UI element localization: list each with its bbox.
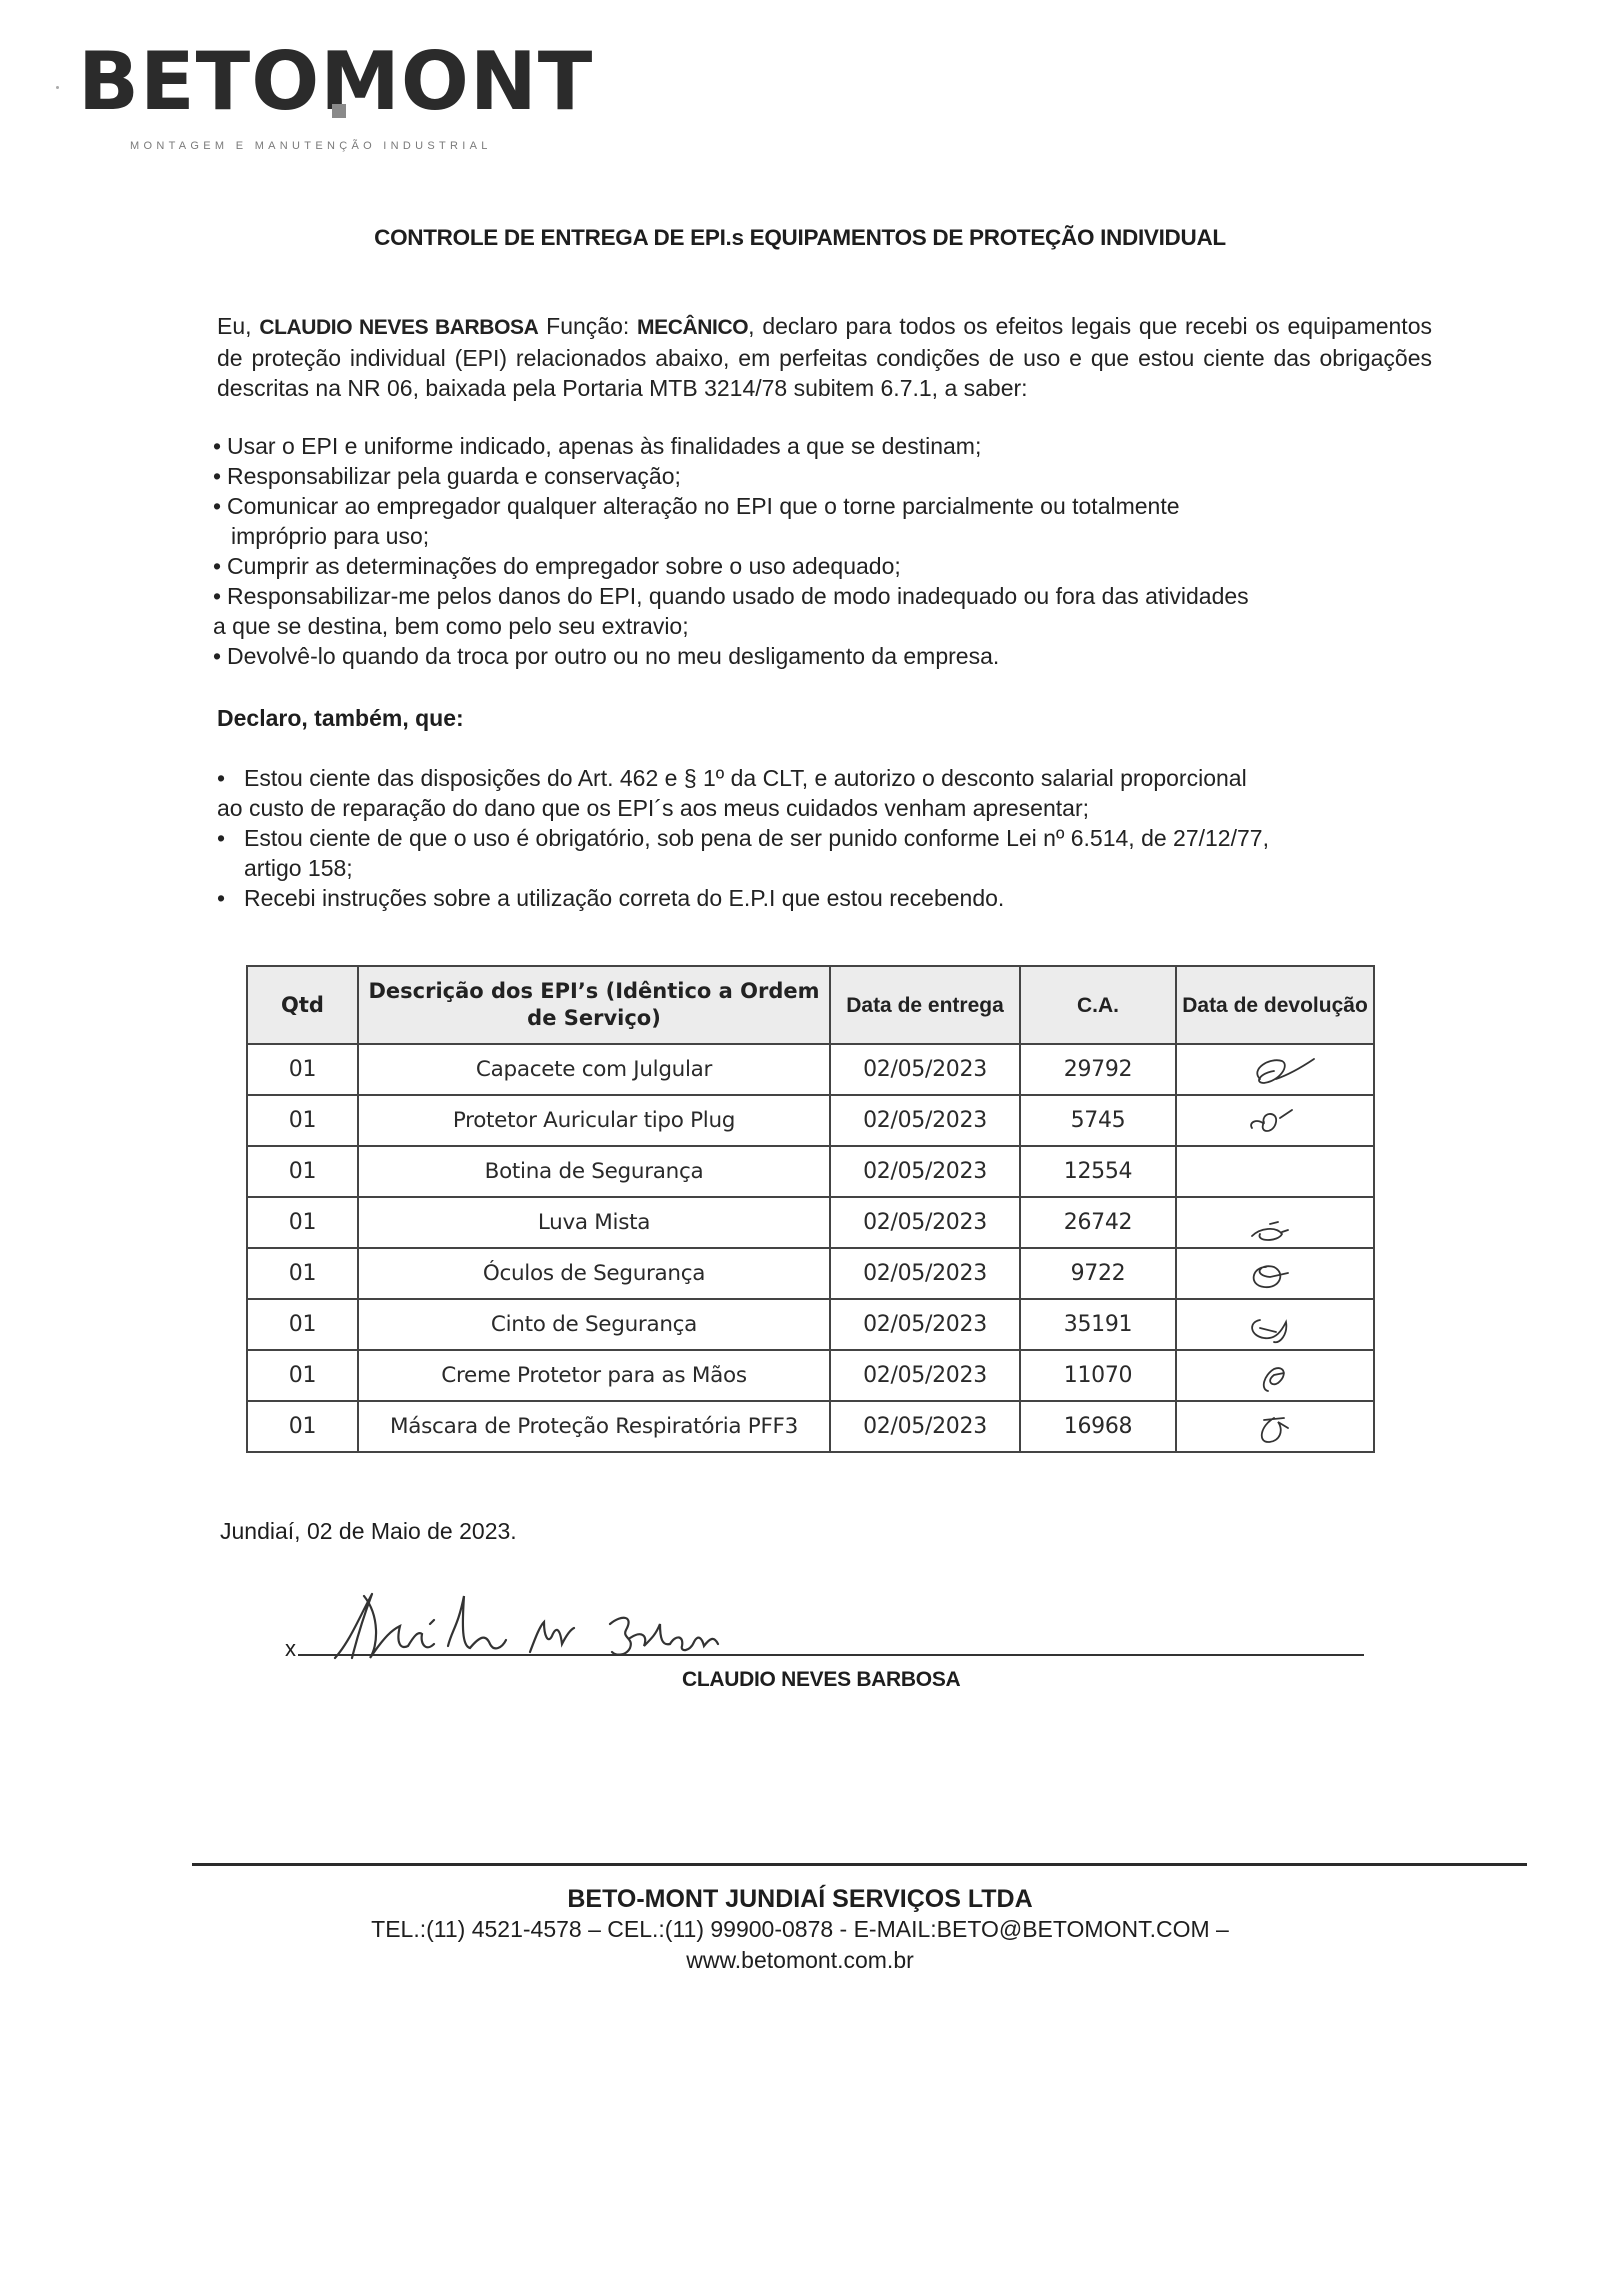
logo-square-icon (332, 104, 346, 118)
cell-ca: 29792 (1020, 1044, 1176, 1095)
declaration-list: •Estou ciente das disposições do Art. 46… (217, 763, 1437, 913)
bullet-icon: • (217, 763, 244, 793)
document-title: CONTROLE DE ENTREGA DE EPI.s EQUIPAMENTO… (0, 225, 1600, 251)
logo-wordmark: BETOMONT (78, 42, 593, 122)
footer-contact-info: TEL.:(11) 4521-4578 – CEL.:(11) 99900-08… (0, 1916, 1600, 1943)
cell-data-entrega: 02/05/2023 (830, 1146, 1020, 1197)
table-row: 01 Capacete com Julgular 02/05/2023 2979… (247, 1044, 1374, 1095)
cell-descricao: Botina de Segurança (358, 1146, 830, 1197)
employee-role: MECÂNICO (637, 316, 748, 339)
obligation-item: •Usar o EPI e uniforme indicado, apenas … (213, 431, 1433, 461)
initials-signature-icon (1230, 1355, 1320, 1397)
cell-qtd: 01 (247, 1248, 358, 1299)
initials-signature-icon (1230, 1406, 1320, 1448)
initials-signature-icon (1230, 1100, 1320, 1142)
footer-company-name: BETO-MONT JUNDIAÍ SERVIÇOS LTDA (0, 1885, 1600, 1914)
table-row: 01 Protetor Auricular tipo Plug 02/05/20… (247, 1095, 1374, 1146)
footer-website-link[interactable]: www.betomont.com.br (0, 1947, 1600, 1974)
signature-mark: x (285, 1636, 296, 1662)
table-row: 01 Óculos de Segurança 02/05/2023 9722 (247, 1248, 1374, 1299)
cell-descricao: Luva Mista (358, 1197, 830, 1248)
initials-signature-icon (1230, 1304, 1320, 1346)
obligations-list: •Usar o EPI e uniforme indicado, apenas … (213, 431, 1433, 671)
header-descricao: Descrição dos EPI’s (Idêntico a Ordem de… (358, 966, 830, 1044)
table-header-row: Qtd Descrição dos EPI’s (Idêntico a Orde… (247, 966, 1374, 1044)
bullet-icon: • (213, 641, 227, 671)
bullet-icon: • (217, 883, 244, 913)
intro-paragraph: Eu, CLAUDIO NEVES BARBOSA Função: MECÂNI… (217, 311, 1432, 403)
obligation-item: •Cumprir as determinações do empregador … (213, 551, 1433, 581)
epi-delivery-table: Qtd Descrição dos EPI’s (Idêntico a Orde… (246, 965, 1375, 1453)
obligation-item: •Responsabilizar pela guarda e conservaç… (213, 461, 1433, 491)
initials-signature-icon (1230, 1253, 1320, 1295)
cell-devolucao (1176, 1095, 1374, 1146)
cell-devolucao (1176, 1044, 1374, 1095)
table-row: 01 Creme Protetor para as Mãos 02/05/202… (247, 1350, 1374, 1401)
header-ca: C.A. (1020, 966, 1176, 1044)
table-row: 01 Luva Mista 02/05/2023 26742 (247, 1197, 1374, 1248)
declaration-item: •Recebi instruções sobre a utilização co… (217, 883, 1437, 913)
footer-divider (192, 1863, 1527, 1866)
company-logo: BETOMONT MONTAGEM E MANUTENÇÃO INDUSTRIA… (78, 42, 593, 152)
initials-signature-icon (1230, 1049, 1320, 1091)
cell-qtd: 01 (247, 1146, 358, 1197)
cell-devolucao (1176, 1197, 1374, 1248)
obligation-item-continuation: a que se destina, bem como pelo seu extr… (213, 611, 1433, 641)
cell-descricao: Capacete com Julgular (358, 1044, 830, 1095)
bullet-icon: • (213, 461, 227, 491)
header-data-devolucao: Data de devolução (1176, 966, 1374, 1044)
cell-data-entrega: 02/05/2023 (830, 1197, 1020, 1248)
cell-ca: 12554 (1020, 1146, 1176, 1197)
cell-data-entrega: 02/05/2023 (830, 1044, 1020, 1095)
signature-line (298, 1654, 1364, 1656)
bullet-icon: • (213, 431, 227, 461)
cell-devolucao (1176, 1401, 1374, 1452)
cell-descricao: Cinto de Segurança (358, 1299, 830, 1350)
cell-ca: 11070 (1020, 1350, 1176, 1401)
cell-ca: 35191 (1020, 1299, 1176, 1350)
cell-devolucao (1176, 1350, 1374, 1401)
bullet-icon: • (213, 581, 227, 611)
cell-qtd: 01 (247, 1299, 358, 1350)
intro-prefix: Eu, (217, 313, 259, 339)
cell-devolucao (1176, 1299, 1374, 1350)
cell-devolucao (1176, 1146, 1374, 1197)
cell-ca: 16968 (1020, 1401, 1176, 1452)
cell-devolucao (1176, 1248, 1374, 1299)
cell-qtd: 01 (247, 1044, 358, 1095)
logo-tagline: MONTAGEM E MANUTENÇÃO INDUSTRIAL (130, 140, 593, 152)
obligation-item: •Comunicar ao empregador qualquer altera… (213, 491, 1433, 521)
cell-data-entrega: 02/05/2023 (830, 1350, 1020, 1401)
declaration-item-continuation: ao custo de reparação do dano que os EPI… (217, 793, 1437, 823)
cell-descricao: Óculos de Segurança (358, 1248, 830, 1299)
bullet-icon: • (217, 823, 244, 853)
table-row: 01 Máscara de Proteção Respiratória PFF3… (247, 1401, 1374, 1452)
header-qtd: Qtd (247, 966, 358, 1044)
cell-descricao: Protetor Auricular tipo Plug (358, 1095, 830, 1146)
bullet-icon: • (213, 491, 227, 521)
obligation-item-continuation: impróprio para uso; (213, 521, 1433, 551)
cell-data-entrega: 02/05/2023 (830, 1401, 1020, 1452)
cell-data-entrega: 02/05/2023 (830, 1248, 1020, 1299)
cell-qtd: 01 (247, 1197, 358, 1248)
cell-qtd: 01 (247, 1401, 358, 1452)
table-row: 01 Botina de Segurança 02/05/2023 12554 (247, 1146, 1374, 1197)
initials-signature-icon (1230, 1202, 1320, 1244)
cell-descricao: Máscara de Proteção Respiratória PFF3 (358, 1401, 830, 1452)
table-row: 01 Cinto de Segurança 02/05/2023 35191 (247, 1299, 1374, 1350)
bullet-icon: • (213, 551, 227, 581)
signer-name: CLAUDIO NEVES BARBOSA (682, 1668, 960, 1692)
obligation-item: •Responsabilizar-me pelos danos do EPI, … (213, 581, 1433, 611)
cell-data-entrega: 02/05/2023 (830, 1299, 1020, 1350)
cell-ca: 5745 (1020, 1095, 1176, 1146)
declaration-item-continuation: artigo 158; (217, 853, 1437, 883)
role-label: Função: (538, 313, 637, 339)
employee-name: CLAUDIO NEVES BARBOSA (259, 316, 538, 339)
place-and-date: Jundiaí, 02 de Maio de 2023. (220, 1518, 517, 1545)
cell-qtd: 01 (247, 1350, 358, 1401)
declaration-item: •Estou ciente das disposições do Art. 46… (217, 763, 1437, 793)
obligation-item: •Devolvê-lo quando da troca por outro ou… (213, 641, 1433, 671)
logo-speck (56, 86, 59, 89)
cell-descricao: Creme Protetor para as Mãos (358, 1350, 830, 1401)
declaration-item: •Estou ciente de que o uso é obrigatório… (217, 823, 1437, 853)
cell-ca: 26742 (1020, 1197, 1176, 1248)
declaration-heading: Declaro, também, que: (217, 705, 464, 732)
cell-data-entrega: 02/05/2023 (830, 1095, 1020, 1146)
cell-qtd: 01 (247, 1095, 358, 1146)
header-data-entrega: Data de entrega (830, 966, 1020, 1044)
cell-ca: 9722 (1020, 1248, 1176, 1299)
